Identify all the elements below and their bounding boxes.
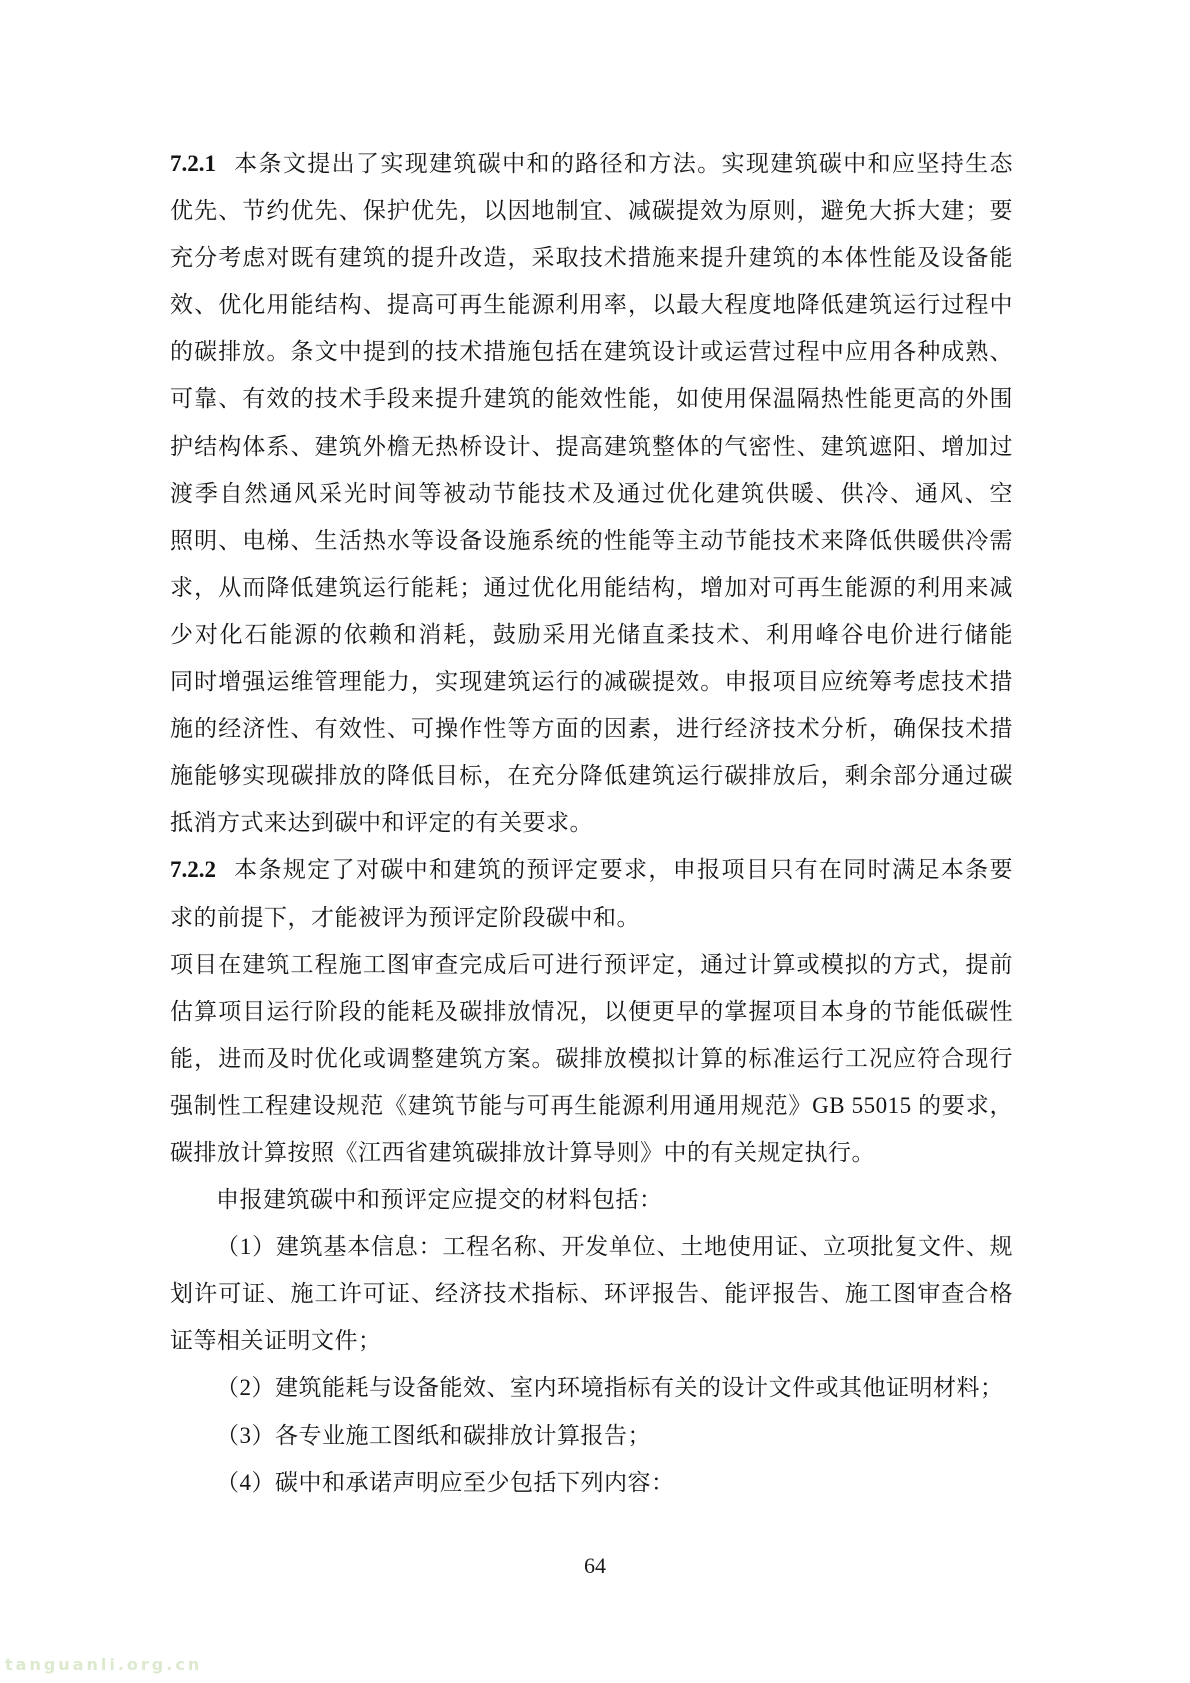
text-line: 求的前提下，才能被评为预评定阶段碳中和。	[170, 894, 1013, 941]
line-text: （4）碳中和承诺声明应至少包括下列内容：	[216, 1470, 675, 1495]
text-line: 抵消方式来达到碳中和评定的有关要求。	[170, 799, 1013, 846]
text-line: 可靠、有效的技术手段来提升建筑的能效性能，如使用保温隔热性能更高的外围	[170, 375, 1013, 422]
clause-number: 7.2.1	[170, 151, 216, 176]
text-line: （1）建筑基本信息：工程名称、开发单位、土地使用证、立项批复文件、规	[170, 1223, 1013, 1270]
text-line: 充分考虑对既有建筑的提升改造，采取技术措施来提升建筑的本体性能及设备能	[170, 234, 1013, 281]
line-text: 可靠、有效的技术手段来提升建筑的能效性能，如使用保温隔热性能更高的外围	[170, 386, 1013, 411]
clause-number: 7.2.2	[170, 857, 216, 882]
line-text: （3）各专业施工图纸和碳排放计算报告；	[216, 1423, 651, 1448]
text-line: 渡季自然通风采光时间等被动节能技术及通过优化建筑供暖、供冷、通风、空调、	[170, 470, 1013, 517]
line-text: 项目在建筑工程施工图审查完成后可进行预评定，通过计算或模拟的方式，提前	[170, 952, 1013, 977]
text-line: 同时增强运维管理能力，实现建筑运行的减碳提效。申报项目应统筹考虑技术措	[170, 658, 1013, 705]
text-line: 施能够实现碳排放的降低目标，在充分降低建筑运行碳排放后，剩余部分通过碳	[170, 752, 1013, 799]
line-text: 同时增强运维管理能力，实现建筑运行的减碳提效。申报项目应统筹考虑技术措	[170, 669, 1013, 694]
line-text: 估算项目运行阶段的能耗及碳排放情况，以便更早的掌握项目本身的节能低碳性	[170, 999, 1013, 1024]
page-number: 64	[0, 1553, 1190, 1579]
text-line: 证等相关证明文件；	[170, 1317, 1013, 1364]
text-line: 施的经济性、有效性、可操作性等方面的因素，进行经济技术分析，确保技术措	[170, 705, 1013, 752]
line-text: 碳排放计算按照《江西省建筑碳排放计算导则》中的有关规定执行。	[170, 1140, 875, 1165]
clause-line: 7.2.1本条文提出了实现建筑碳中和的路径和方法。实现建筑碳中和应坚持生态	[170, 140, 1013, 187]
line-text: 抵消方式来达到碳中和评定的有关要求。	[170, 810, 593, 835]
clause-line: 7.2.2本条规定了对碳中和建筑的预评定要求，申报项目只有在同时满足本条要	[170, 846, 1013, 893]
text-line: （4）碳中和承诺声明应至少包括下列内容：	[170, 1459, 1013, 1506]
line-text: 施能够实现碳排放的降低目标，在充分降低建筑运行碳排放后，剩余部分通过碳	[170, 763, 1013, 788]
document-page: 7.2.1本条文提出了实现建筑碳中和的路径和方法。实现建筑碳中和应坚持生态优先、…	[0, 0, 1190, 1683]
text-line: 效、优化用能结构、提高可再生能源利用率，以最大程度地降低建筑运行过程中	[170, 281, 1013, 328]
line-text: （2）建筑能耗与设备能效、室内环境指标有关的设计文件或其他证明材料；	[216, 1375, 1004, 1400]
text-line: 护结构体系、建筑外檐无热桥设计、提高建筑整体的气密性、建筑遮阳、增加过	[170, 423, 1013, 470]
line-text: 能，进而及时优化或调整建筑方案。碳排放模拟计算的标准运行工况应符合现行	[170, 1046, 1013, 1071]
line-text: 少对化石能源的依赖和消耗，鼓励采用光储直柔技术、利用峰谷电价进行储能等；	[170, 622, 1013, 658]
watermark: tanguanli.org.cn	[5, 1655, 202, 1674]
text-line: （2）建筑能耗与设备能效、室内环境指标有关的设计文件或其他证明材料；	[170, 1364, 1013, 1411]
line-text: 效、优化用能结构、提高可再生能源利用率，以最大程度地降低建筑运行过程中	[170, 292, 1013, 317]
document-body: 7.2.1本条文提出了实现建筑碳中和的路径和方法。实现建筑碳中和应坚持生态优先、…	[170, 140, 1013, 1506]
text-line: （3）各专业施工图纸和碳排放计算报告；	[170, 1412, 1013, 1459]
line-text: 求的前提下，才能被评为预评定阶段碳中和。	[170, 905, 640, 930]
text-line: 优先、节约优先、保护优先，以因地制宜、减碳提效为原则，避免大拆大建；要	[170, 187, 1013, 234]
line-text: 施的经济性、有效性、可操作性等方面的因素，进行经济技术分析，确保技术措	[170, 716, 1013, 741]
line-text: 充分考虑对既有建筑的提升改造，采取技术措施来提升建筑的本体性能及设备能	[170, 245, 1013, 270]
line-text: 优先、节约优先、保护优先，以因地制宜、减碳提效为原则，避免大拆大建；要	[170, 198, 1013, 223]
line-text: 护结构体系、建筑外檐无热桥设计、提高建筑整体的气密性、建筑遮阳、增加过	[170, 434, 1013, 459]
line-text: 的碳排放。条文中提到的技术措施包括在建筑设计或运营过程中应用各种成熟、	[170, 339, 1013, 364]
text-line: 求，从而降低建筑运行能耗；通过优化用能结构，增加对可再生能源的利用来减	[170, 564, 1013, 611]
text-line: 申报建筑碳中和预评定应提交的材料包括：	[170, 1176, 1013, 1223]
line-text: 照明、电梯、生活热水等设备设施系统的性能等主动节能技术来降低供暖供冷需	[170, 528, 1013, 553]
text-line: 碳排放计算按照《江西省建筑碳排放计算导则》中的有关规定执行。	[170, 1129, 1013, 1176]
text-line: 的碳排放。条文中提到的技术措施包括在建筑设计或运营过程中应用各种成熟、	[170, 328, 1013, 375]
line-text: 渡季自然通风采光时间等被动节能技术及通过优化建筑供暖、供冷、通风、空调、	[170, 481, 1013, 517]
text-line: 估算项目运行阶段的能耗及碳排放情况，以便更早的掌握项目本身的节能低碳性	[170, 988, 1013, 1035]
text-line: 强制性工程建设规范《建筑节能与可再生能源利用通用规范》GB 55015 的要求，	[170, 1082, 1013, 1129]
text-line: 能，进而及时优化或调整建筑方案。碳排放模拟计算的标准运行工况应符合现行	[170, 1035, 1013, 1082]
line-text: 申报建筑碳中和预评定应提交的材料包括：	[216, 1187, 663, 1212]
line-text: 本条规定了对碳中和建筑的预评定要求，申报项目只有在同时满足本条要	[233, 857, 1013, 882]
line-text: 求，从而降低建筑运行能耗；通过优化用能结构，增加对可再生能源的利用来减	[170, 575, 1013, 600]
text-line: 照明、电梯、生活热水等设备设施系统的性能等主动节能技术来降低供暖供冷需	[170, 517, 1013, 564]
text-line: 少对化石能源的依赖和消耗，鼓励采用光储直柔技术、利用峰谷电价进行储能等；	[170, 611, 1013, 658]
line-text: 划许可证、施工许可证、经济技术指标、环评报告、能评报告、施工图审查合格	[170, 1281, 1013, 1306]
line-text: （1）建筑基本信息：工程名称、开发单位、土地使用证、立项批复文件、规	[216, 1234, 1013, 1259]
line-text: 强制性工程建设规范《建筑节能与可再生能源利用通用规范》GB 55015 的要求，	[170, 1093, 1013, 1118]
line-text: 证等相关证明文件；	[170, 1328, 382, 1353]
text-line: 划许可证、施工许可证、经济技术指标、环评报告、能评报告、施工图审查合格	[170, 1270, 1013, 1317]
line-text: 本条文提出了实现建筑碳中和的路径和方法。实现建筑碳中和应坚持生态	[233, 151, 1013, 176]
text-line: 项目在建筑工程施工图审查完成后可进行预评定，通过计算或模拟的方式，提前	[170, 941, 1013, 988]
